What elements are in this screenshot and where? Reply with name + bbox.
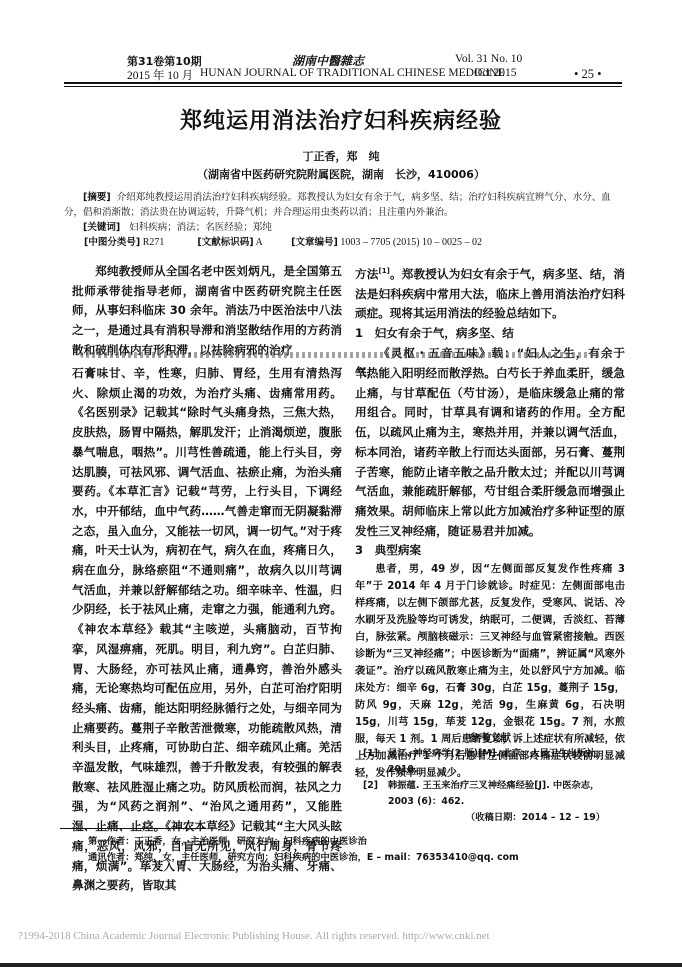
footnotes: 第一作者：丁正香，女，主治医师，研究方向：妇科疾病的中医诊治 通讯作者：郑纯，女… — [88, 834, 628, 866]
upper-left-column: 郑纯教授师从全国名老中医刘炳凡，是全国第五批师承带徒指导老师，湖南省中医药研究院… — [72, 262, 342, 361]
keywords-label: [关键词] — [83, 222, 120, 233]
section-1-heading: 1 妇女有余于气，病多坚、结 — [355, 324, 625, 344]
header-rule-thin — [64, 86, 622, 87]
journal-name-en: HUNAN JOURNAL OF TRADITIONAL CHINESE MED… — [200, 67, 505, 79]
abstract-label: [摘要] — [83, 192, 111, 203]
article-affiliation: （湖南省中医药研究院附属医院，湖南 长沙，410006） — [0, 166, 682, 182]
reference-item: [1] 吴江. 神经病学(2 版)[M]. 北京：人民卫生出版社，2010. — [355, 746, 625, 778]
intro-paragraph-continued: 方法[1]。郑教授认为妇女有余于气，病多坚、结，消法是妇科疾病中常用大法，临床上… — [355, 262, 625, 324]
date-en: Oct 2015 — [474, 67, 516, 79]
copyright-notice: ?1994-2018 China Academic Journal Electr… — [18, 930, 490, 942]
abstract-block: [摘要] 介绍郑纯教授运用消法治疗妇科疾病经验。郑教授认为妇女有余于气，病多坚、… — [64, 190, 624, 250]
article-id-label: [文章编号] — [291, 237, 338, 248]
classification-line: [中图分类号] R271 [文献标识码] A [文章编号] 1003 – 770… — [64, 235, 624, 250]
date-cn: 2015 年 10 月 — [127, 67, 193, 83]
article-id-value: 1003 – 7705 (2015) 10 – 0025 – 02 — [340, 237, 482, 248]
first-author-note: 第一作者：丁正香，女，主治医师，研究方向：妇科疾病的中医诊治 — [88, 834, 628, 850]
lower-right-column: 辛热能入阳明经而散浮热。白芍长于养血柔肝，缓急止痛，与甘草配伍（芍甘汤），是临床… — [355, 364, 625, 782]
citation-ref-1: [1] — [379, 267, 390, 275]
intro-cont-start: 方法 — [355, 267, 379, 281]
clc-value: R271 — [143, 237, 165, 248]
lower-left-column: 石膏味甘、辛，性寒，归肺、胃经，生用有清热泻火、除烦止渴的功效，为治疗头痛、齿痛… — [72, 364, 342, 896]
article-authors: 丁正香，郑 纯 — [0, 148, 682, 164]
reference-text: 吴江. 神经病学(2 版)[M]. 北京：人民卫生出版社，2010. — [388, 746, 625, 778]
footnote-rule — [60, 828, 206, 829]
references-title: 参考文献 — [355, 730, 625, 746]
keywords: [关键词] 妇科疾病；消法；名医经验；郑纯 — [64, 220, 624, 235]
reference-number: [2] — [363, 778, 378, 810]
keywords-text: 妇科疾病；消法；名医经验；郑纯 — [129, 222, 272, 233]
section-3-heading: 3 典型病案 — [355, 541, 625, 561]
reference-text: 韩振蕴. 王玉来治疗三叉神经痛经验[J]. 中医杂志，2003 (6)：462. — [388, 778, 625, 810]
formula-paragraph: 辛热能入阳明经而散浮热。白芍长于养血柔肝，缓急止痛，与甘草配伍（芍甘汤），是临床… — [355, 364, 625, 541]
volume-issue-en: Vol. 31 No. 10 — [455, 53, 522, 65]
bottom-border — [0, 963, 682, 967]
article-title: 郑纯运用消法治疗妇科疾病经验 — [0, 104, 682, 135]
reference-item: [2] 韩振蕴. 王玉来治疗三叉神经痛经验[J]. 中医杂志，2003 (6)：… — [355, 778, 625, 810]
references-section: 参考文献 [1] 吴江. 神经病学(2 版)[M]. 北京：人民卫生出版社，20… — [355, 730, 625, 826]
clc-label: [中图分类号] — [84, 237, 140, 248]
abstract: [摘要] 介绍郑纯教授运用消法治疗妇科疾病经验。郑教授认为妇女有余于气，病多坚、… — [64, 190, 624, 220]
doc-code-label: [文献标识码] — [197, 237, 253, 248]
corresponding-author-note: 通讯作者：郑纯，女，主任医师，研究方向：妇科疾病的中医诊治，E – mail：7… — [88, 850, 628, 866]
reference-number: [1] — [363, 746, 378, 778]
herbs-paragraph: 石膏味甘、辛，性寒，归肺、胃经，生用有清热泻火、除烦止渴的功效，为治疗头痛、齿痛… — [72, 364, 342, 896]
received-date: （收稿日期：2014 – 12 – 19） — [355, 810, 625, 826]
page-break-divider — [80, 352, 600, 358]
page-number: • 25 • — [574, 67, 602, 82]
abstract-text: 介绍郑纯教授运用消法治疗妇科疾病经验。郑教授认为妇女有余于气，病多坚、结；治疗妇… — [64, 192, 611, 218]
intro-paragraph: 郑纯教授师从全国名老中医刘炳凡，是全国第五批师承带徒指导老师，湖南省中医药研究院… — [72, 262, 342, 361]
intro-cont-rest: 。郑教授认为妇女有余于气，病多坚、结，消法是妇科疾病中常用大法，临床上善用消法治… — [355, 267, 625, 320]
doc-code-value: A — [256, 237, 263, 248]
header-rule-thick — [64, 82, 622, 84]
